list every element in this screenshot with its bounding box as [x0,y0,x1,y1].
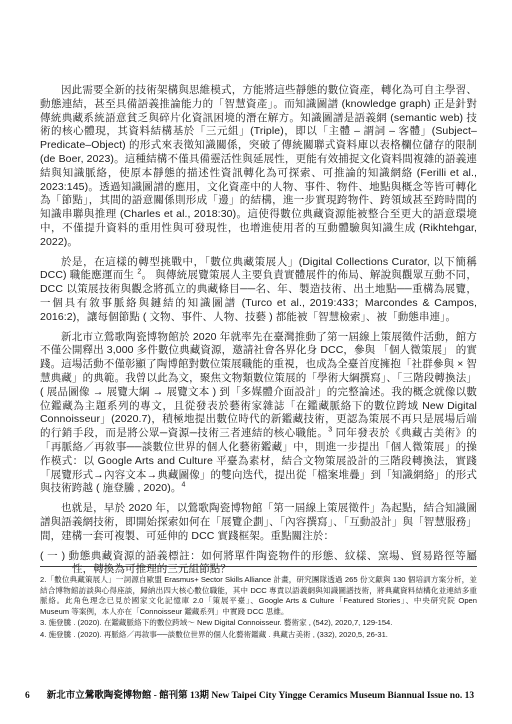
footnotes-section: 2.「數位典藏策展人」一詞源自歐盟 Erasmus+ Sector Skills… [40,575,477,642]
footnote-4: 4. 施登騰 . (2020). 再脈絡／再敘事──談數位世界的個人化藝術鑑藏 … [40,630,477,641]
footnote-2: 2.「數位典藏策展人」一詞源自歐盟 Erasmus+ Sector Skills… [40,575,477,617]
page-number: 6 [25,691,30,701]
journal-title: 新北市立鶯歌陶瓷博物館 - 館刊第 13期 New Taipei City Yi… [47,687,474,701]
list-item-semantic-annotation: ( 一 ) 動態典藏資源的語義標註：如何將單件陶瓷物件的形態、紋樣、窯場、貿易路… [40,550,477,578]
document-page: 因此需要全新的技術架構與思維模式，方能將這些靜態的數位資產，轉化為可自主學習、動… [0,0,512,724]
footnote-divider [40,566,477,567]
footnote-3: 3. 施登騰 . (2020). 在鑑藏脈絡下的數位跨域～ New Digita… [40,618,477,629]
page-footer: 6 新北市立鶯歌陶瓷博物館 - 館刊第 13期 New Taipei City … [25,687,474,701]
paragraph-dcc-framework: 也就是，早於 2020 年，以鶯歌陶瓷博物館「第一屆線上策展徵件」為起點，結合知… [40,502,477,543]
paragraph-yingge-2020: 新北市立鶯歌陶瓷博物館於 2020 年就率先在臺灣推動了第一屆線上策展徵件活動，… [40,331,477,497]
article-body: 因此需要全新的技術架構與思維模式，方能將這些靜態的數位資產，轉化為可自主學習、動… [40,84,477,577]
paragraph-text: 新北市立鶯歌陶瓷博物館於 2020 年就率先在臺灣推動了第一屆線上策展徵件活動，… [40,331,477,440]
paragraph-dcc-role: 於是，在這樣的轉型挑戰中，「數位典藏策展人」(Digital Collectio… [40,256,477,325]
paragraph-knowledge-graph: 因此需要全新的技術架構與思維模式，方能將這些靜態的數位資產，轉化為可自主學習、動… [40,84,477,250]
footnote-ref-4: 4 [181,482,185,489]
